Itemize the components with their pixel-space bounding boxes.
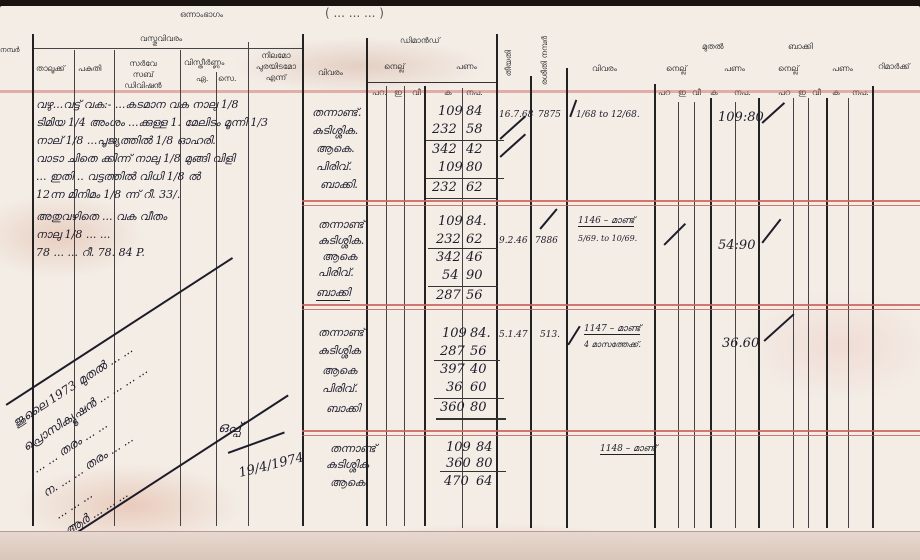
header-survey-subdivision: സർവേ സബ് ഡിവിഷൻ <box>118 58 168 91</box>
entry-label: ബാക്കി <box>326 402 360 416</box>
col-line <box>758 98 760 528</box>
from-money: 109:80 <box>718 110 764 125</box>
col-line <box>735 102 736 528</box>
col-line <box>386 86 387 526</box>
header-details: വിവരം <box>318 68 343 78</box>
amount-paise: 60 <box>470 380 487 395</box>
entry-period: 5/69. to 10/69. <box>578 234 637 243</box>
header-left-edge: നമ്പർ <box>0 46 20 55</box>
entry-date: 5.1.47 <box>499 330 528 340</box>
header-money: പണം <box>456 62 477 72</box>
property-line: 12ന്ന മിനിമം 1/8 ന്ന് റീ. 33/. <box>36 188 180 202</box>
header-extent: വിസ്തീർണ്ണം <box>184 58 224 68</box>
row-separator <box>302 309 920 310</box>
sum-rule <box>426 198 496 199</box>
property-line: അതുവഴിതെ ... വക വീതം <box>36 210 167 224</box>
col-line <box>32 34 34 526</box>
header-date: തീയതി <box>504 50 514 76</box>
amount-paise: 42 <box>466 142 483 157</box>
amount-paise: 62 <box>466 180 483 195</box>
header-village: പകുതി <box>78 64 101 74</box>
amount-paise: 56 <box>466 288 483 303</box>
header-taluk: താലൂക്ക് <box>36 64 65 74</box>
sum-double-rule <box>436 418 506 420</box>
row-separator <box>302 435 920 436</box>
entry-label: ബാക്കി <box>316 286 350 301</box>
header-bal-money: പണം <box>832 64 853 74</box>
amount-rupees: 109 <box>438 160 463 175</box>
property-line: വഴു...വട്ട് വക:- ...കടമാന വക നാലു 1/8 <box>36 98 239 112</box>
header-balance: ബാക്കി <box>788 42 813 52</box>
col-line <box>404 86 405 526</box>
amount-rupees: 470 <box>444 474 469 489</box>
row-separator <box>302 200 920 202</box>
col-line <box>872 86 874 528</box>
col-line <box>848 98 849 528</box>
amount-paise: 84 <box>466 104 483 119</box>
receipt-number: 7886 <box>535 236 558 246</box>
amount-rupees: 342 <box>436 250 461 265</box>
header-bal-paddy: നെല്ല് <box>778 64 799 74</box>
receipt-number: 513. <box>540 330 560 340</box>
header-extent-acres: ഏ. <box>196 74 208 84</box>
row-separator <box>302 304 920 306</box>
amount-paise: 40 <box>470 362 487 377</box>
entry-period-title: 1148 – മാണ്ട് <box>600 444 656 455</box>
header-demand: ഡിമാൻഡ് <box>400 36 440 46</box>
col-line <box>710 98 712 528</box>
header-receipt-no: രശീതി നമ്പർ <box>540 36 550 85</box>
entry-label: പിരിവ്. <box>318 266 354 280</box>
entry-label: തന്നാണ്ട് <box>318 218 364 232</box>
header-period: വിവരം <box>592 64 617 74</box>
sum-rule <box>428 248 498 249</box>
header-from: മുതൽ <box>702 42 724 52</box>
col-line <box>530 76 532 528</box>
entry-period: 4 മാസത്തേക്ക്. <box>584 340 641 350</box>
col-line <box>826 98 828 528</box>
amount-paise: 80 <box>476 456 493 471</box>
amount-rupees: 397 <box>440 362 465 377</box>
tick-mark <box>567 326 580 346</box>
header-rule <box>0 90 920 93</box>
col-line <box>678 102 679 528</box>
header-divider <box>34 48 302 49</box>
header-remarks: റിമാർക്ക് <box>878 62 910 72</box>
entry-label: പിരിവ്. <box>322 382 358 396</box>
amount-paise: 90 <box>466 268 483 283</box>
amount-rupees: 54 <box>442 268 459 283</box>
entry-label: തന്നാണ്ട്. <box>312 106 361 120</box>
tick-mark <box>763 313 794 341</box>
col-line <box>248 42 249 526</box>
title-stamp: ( ... ... ... ) <box>325 6 384 20</box>
demand-sub-rule <box>366 82 496 83</box>
entry-period-title: 1147 – മാണ്ട് <box>584 324 640 335</box>
entry-label: ആകെ <box>322 364 357 378</box>
amount-rupees: 287 <box>436 288 461 303</box>
amount-rupees: 342 <box>432 142 457 157</box>
col-line <box>654 84 656 528</box>
receipt-number: 7875 <box>538 110 561 120</box>
amount-rupees: 287 <box>440 344 465 359</box>
amount-rupees: 360 <box>446 456 471 471</box>
entry-label: കുടിശ്ശിക. <box>312 124 358 138</box>
entry-label: ആകെ <box>322 250 357 264</box>
amount-paise: 56 <box>470 344 487 359</box>
torn-bottom-edge <box>0 531 920 560</box>
header-from-paddy: നെല്ല് <box>666 64 687 74</box>
amount-rupees: 109 <box>446 440 471 455</box>
tick-mark <box>539 208 557 229</box>
amount-paise: 64 <box>476 474 493 489</box>
property-line: ... ഇതി .. വട്ടത്തിൽ വിധി 1/8 ൽ <box>36 170 200 184</box>
property-line: നാലു 1/8 ... ... <box>36 228 110 242</box>
sum-rule <box>426 178 504 179</box>
sum-rule <box>440 471 506 472</box>
from-money: 36.60 <box>722 336 759 351</box>
amount-rupees: 232 <box>436 232 461 247</box>
amount-rupees: 109 <box>442 326 467 341</box>
col-line <box>694 102 695 528</box>
amount-paise: 62 <box>466 232 483 247</box>
tick-mark <box>761 219 781 244</box>
header-property-details: വസ്തുവിവരം <box>140 34 182 44</box>
amount-rupees: 232 <box>432 180 457 195</box>
tick-mark <box>499 133 525 157</box>
amount-paise: 84. <box>470 326 491 341</box>
signature: ഒപ്പ് <box>218 420 241 436</box>
amount-rupees: 232 <box>432 122 457 137</box>
tick-mark <box>663 223 685 245</box>
entry-label: തന്നാണ്ട് <box>330 442 376 456</box>
sum-rule <box>434 398 504 399</box>
col-line <box>808 98 809 528</box>
entry-label: കുടിശ്ശിക <box>326 458 369 472</box>
amount-paise: 80 <box>466 160 483 175</box>
row-separator <box>302 430 920 432</box>
amount-paise: 58 <box>466 122 483 137</box>
amount-rupees: 360 <box>440 400 465 415</box>
amount-rupees: 36 <box>446 380 463 395</box>
property-line: ടിമിയ 1/4 അംശം ...ക്കുള്ള 1. മേലിടം മൂന്… <box>36 116 268 130</box>
amount-rupees: 109 <box>438 104 463 119</box>
header-from-money: പണം <box>724 64 745 74</box>
amount-paise: 46 <box>466 250 483 265</box>
col-line <box>496 34 498 528</box>
ledger-page: ( ... ... ... ) ഒന്നാംഭാഗം വസ്തുവിവരം നമ… <box>0 6 920 560</box>
sum-rule <box>428 286 498 287</box>
col-line <box>566 68 568 528</box>
amount-paise: 84. <box>466 214 487 229</box>
entry-label: ആകെ. <box>316 142 355 156</box>
entry-label: ബാക്കി. <box>320 178 358 192</box>
entry-period: 1/68 to 12/68. <box>576 110 640 120</box>
amount-paise: 80 <box>470 400 487 415</box>
header-land-type: നിലമോ പുരയിടമോ എന്ന് <box>250 50 302 83</box>
header-extent-cents: സെ. <box>218 74 237 84</box>
entry-period-title: 1146 – മാണ്ട് <box>578 216 634 227</box>
property-line: 78 ... ... റീ. 78. 84 P. <box>36 246 145 260</box>
row-separator <box>302 205 920 206</box>
entry-date: 16.7.68 <box>499 110 533 120</box>
entry-label: കുടിശ്ശിക <box>318 344 361 358</box>
top-label: ഒന്നാംഭാഗം <box>180 10 223 20</box>
from-money: 54:90 <box>718 238 755 253</box>
property-line: വാടാ ചിതെ ക്കിന്ന് നാലു 1/8 മുങ്ങി വിളി <box>36 152 235 166</box>
property-line: നാല് 1/8 ...പൂജ്യത്തിൽ 1/8 ഓഹരി. <box>36 134 216 148</box>
entry-label: കുടിശ്ശിക. <box>318 234 364 248</box>
sum-rule <box>426 140 504 141</box>
amount-paise: 84 <box>476 440 493 455</box>
entry-label: തന്നാണ്ട് <box>318 326 364 340</box>
amount-rupees: 109 <box>438 214 463 229</box>
entry-date: 9.2.46 <box>499 236 528 246</box>
col-line <box>216 72 217 526</box>
sum-rule <box>434 360 500 361</box>
tick-mark <box>761 102 784 123</box>
entry-label: പിരിവ്. <box>316 160 352 174</box>
entry-label: ആകെ. <box>330 476 369 490</box>
col-line <box>424 86 426 526</box>
header-paddy: നെല്ല് <box>384 62 405 72</box>
